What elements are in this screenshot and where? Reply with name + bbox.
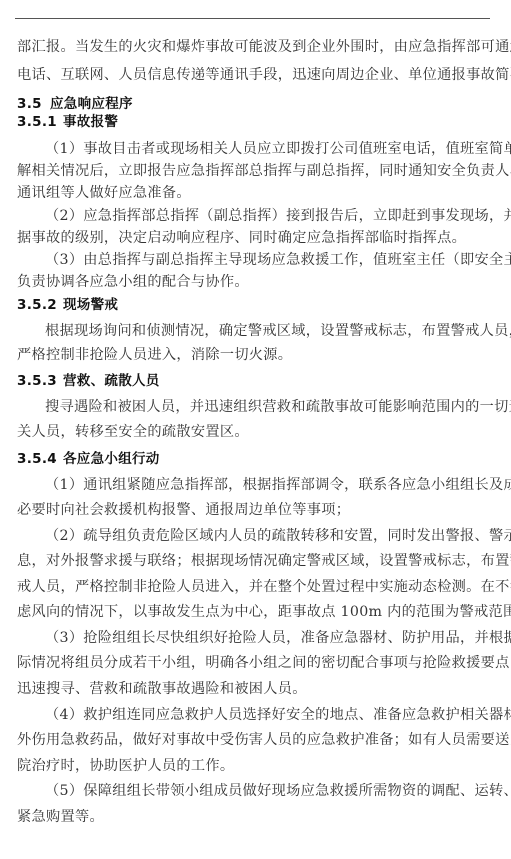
paragraph-line: 必要时向社会救援机构报警、通报周边单位等事项；	[17, 501, 495, 519]
section-number: 3.5.4	[17, 450, 63, 468]
paragraph-line: （4）救护组连同应急救护人员选择好安全的地点、准备应急救护相关器材与	[45, 706, 495, 724]
paragraph-line: 迅速搜寻、营救和疏散事故遇险和被困人员。	[17, 680, 495, 698]
section-number: 3.5	[17, 95, 50, 113]
section-heading-3-5-3: 3.5.3营救、疏散人员	[17, 372, 495, 390]
paragraph-line: （3）由总指挥与副总指挥主导现场应急救援工作，值班室主任（即安全主任）	[45, 251, 495, 269]
section-heading-3-5-1: 3.5.1事故报警	[17, 113, 495, 131]
paragraph-line: （1）通讯组紧随应急指挥部，根据指挥部调令，联系各应急小组组长及成员、	[45, 476, 495, 494]
paragraph-line: 根据现场询问和侦测情况，确定警戒区域，设置警戒标志，布置警戒人员，	[45, 322, 495, 340]
paragraph-line: 虑风向的情况下，以事故发生点为中心，距事故点 100m 内的范围为警戒范围。	[17, 603, 495, 621]
paragraph-line: 外伤用急救药品，做好对事故中受伤害人员的应急救护准备；如有人员需要送医	[17, 731, 495, 749]
paragraph-line: （1）事故目击者或现场相关人员应立即拨打公司值班室电话，值班室简单了	[45, 140, 495, 158]
paragraph-line: （2）疏导组负责危险区域内人员的疏散转移和安置，同时发出警报、警示信	[45, 527, 495, 545]
paragraph-line: （5）保障组组长带领小组成员做好现场应急救援所需物资的调配、运转、及	[45, 782, 495, 800]
paragraph-line: 部汇报。当发生的火灾和爆炸事故可能波及到企业外围时，由应急指挥部可通过	[17, 38, 495, 56]
section-heading-3-5-2: 3.5.2现场警戒	[17, 296, 495, 314]
paragraph-line: 紧急购置等。	[17, 808, 495, 826]
paragraph-line: （2）应急指挥部总指挥（副总指挥）接到报告后，立即赶到事发现场，并根	[45, 207, 495, 225]
paragraph-line: 搜寻遇险和被困人员，并迅速组织营救和疏散事故可能影响范围内的一切无	[45, 398, 495, 416]
paragraph-line: 据事故的级别，决定启动响应程序、同时确定应急指挥部临时指挥点。	[17, 229, 495, 247]
section-title: 现场警戒	[63, 297, 118, 313]
paragraph-line: 际情况将组员分成若干小组，明确各小组之间的密切配合事项与抢险救援要点；	[17, 654, 495, 672]
section-title: 营救、疏散人员	[63, 373, 160, 389]
section-number: 3.5.1	[17, 113, 63, 131]
section-title: 应急响应程序	[50, 96, 133, 112]
paragraph-line: 院治疗时，协助医护人员的工作。	[17, 757, 495, 775]
paragraph-line: 负责协调各应急小组的配合与协作。	[17, 273, 495, 291]
paragraph-line: 戒人员，严格控制非抢险人员进入，并在整个处置过程中实施动态检测。在不考	[17, 578, 495, 596]
section-heading-3-5-4: 3.5.4各应急小组行动	[17, 450, 495, 468]
section-title: 事故报警	[63, 114, 118, 130]
section-number: 3.5.2	[17, 296, 63, 314]
section-title: 各应急小组行动	[63, 451, 160, 467]
section-heading-3-5: 3.5应急响应程序	[17, 95, 495, 113]
header-rule	[15, 18, 490, 19]
paragraph-line: 关人员，转移至安全的疏散安置区。	[17, 423, 495, 441]
paragraph-line: 解相关情况后，立即报告应急指挥部总指挥与副总指挥，同时通知安全负责人、	[17, 162, 495, 180]
paragraph-line: （3）抢险组组长尽快组织好抢险人员，准备应急器材、防护用品，并根据实	[45, 629, 495, 647]
section-number: 3.5.3	[17, 372, 63, 390]
paragraph-line: 息，对外报警求援与联络；根据现场情况确定警戒区域，设置警戒标志，布置警	[17, 552, 495, 570]
paragraph-line: 电话、互联网、人员信息传递等通讯手段，迅速向周边企业、单位通报事故简况。	[17, 66, 495, 84]
paragraph-line: 严格控制非抢险人员进入，消除一切火源。	[17, 346, 495, 364]
paragraph-line: 通讯组等人做好应急准备。	[17, 184, 495, 202]
